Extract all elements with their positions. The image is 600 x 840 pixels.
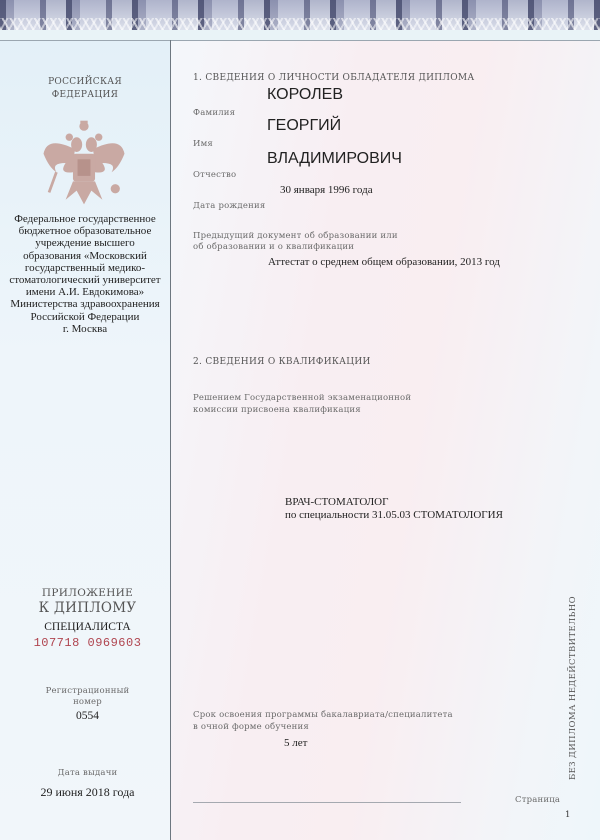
patronymic-label: Отчество bbox=[193, 170, 236, 180]
org-line: Российской Федерации bbox=[2, 311, 168, 323]
specialty-value: по специальности 31.05.03 СТОМАТОЛОГИЯ bbox=[285, 509, 503, 521]
patronymic-value: ВЛАДИМИРОВИЧ bbox=[267, 150, 402, 168]
org-line: г. Москва bbox=[2, 323, 168, 335]
appendix-title-line-2: К ДИПЛОМУ bbox=[0, 600, 175, 616]
serial-number: 107718 0969603 bbox=[0, 636, 175, 650]
issue-date: 29 июня 2018 года bbox=[0, 785, 175, 800]
appendix-title-line-1: ПРИЛОЖЕНИЕ bbox=[0, 587, 175, 599]
issuing-organization: Федеральное государственное бюджетное об… bbox=[2, 213, 168, 335]
country-line-1: РОССИЙСКАЯ bbox=[0, 77, 170, 87]
prev-doc-value: Аттестат о среднем общем образовании, 20… bbox=[268, 256, 500, 268]
appendix-title-line-3: СПЕЦИАЛИСТА bbox=[0, 621, 175, 633]
birth-date-label: Дата рождения bbox=[193, 201, 265, 211]
org-line: стоматологический университет bbox=[2, 274, 168, 286]
page-number: 1 bbox=[565, 810, 571, 820]
reg-number: 0554 bbox=[0, 710, 175, 722]
duration-label-1: Срок освоения программы бакалавриата/спе… bbox=[193, 710, 453, 720]
surname-value: КОРОЛЕВ bbox=[267, 86, 343, 104]
validity-note: БЕЗ ДИПЛОМА НЕДЕЙСТВИТЕЛЬНО bbox=[568, 596, 578, 780]
reg-number-label-1: Регистрационный bbox=[0, 686, 175, 696]
country-line-2: ФЕДЕРАЦИЯ bbox=[0, 90, 170, 100]
prev-doc-label-1: Предыдущий документ об образовании или bbox=[193, 231, 398, 241]
org-line: учреждение высшего bbox=[2, 237, 168, 249]
page-label: Страница bbox=[515, 795, 560, 805]
issue-date-label: Дата выдачи bbox=[0, 768, 175, 778]
duration-value: 5 лет bbox=[284, 737, 307, 749]
org-line: имени А.И. Евдокимова» bbox=[2, 286, 168, 298]
qualification-label-1: Решением Государственной экзаменационной bbox=[193, 393, 411, 403]
org-line: государственный медико- bbox=[2, 262, 168, 274]
coat-of-arms-icon bbox=[38, 117, 130, 209]
signature-line bbox=[193, 802, 461, 803]
name-value: ГЕОРГИЙ bbox=[267, 117, 341, 135]
prev-doc-label-2: об образовании и о квалификации bbox=[193, 242, 354, 252]
org-line: Федеральное государственное bbox=[2, 213, 168, 225]
org-line: Министерства здравоохранения bbox=[2, 298, 168, 310]
org-line: бюджетное образовательное bbox=[2, 225, 168, 237]
surname-label: Фамилия bbox=[193, 108, 235, 118]
qualification-label-2: комиссии присвоена квалификация bbox=[193, 405, 361, 415]
guilloche-border bbox=[0, 0, 600, 30]
section-2-title: 2. СВЕДЕНИЯ О КВАЛИФИКАЦИИ bbox=[193, 357, 371, 367]
top-band bbox=[0, 30, 600, 40]
org-line: образования «Московский bbox=[2, 250, 168, 262]
reg-number-label-2: номер bbox=[0, 697, 175, 707]
qualification-value: ВРАЧ-СТОМАТОЛОГ bbox=[285, 496, 388, 508]
birth-date-value: 30 января 1996 года bbox=[280, 184, 373, 196]
name-label: Имя bbox=[193, 139, 213, 149]
duration-label-2: в очной форме обучения bbox=[193, 722, 309, 732]
section-1-title: 1. СВЕДЕНИЯ О ЛИЧНОСТИ ОБЛАДАТЕЛЯ ДИПЛОМ… bbox=[193, 73, 475, 83]
